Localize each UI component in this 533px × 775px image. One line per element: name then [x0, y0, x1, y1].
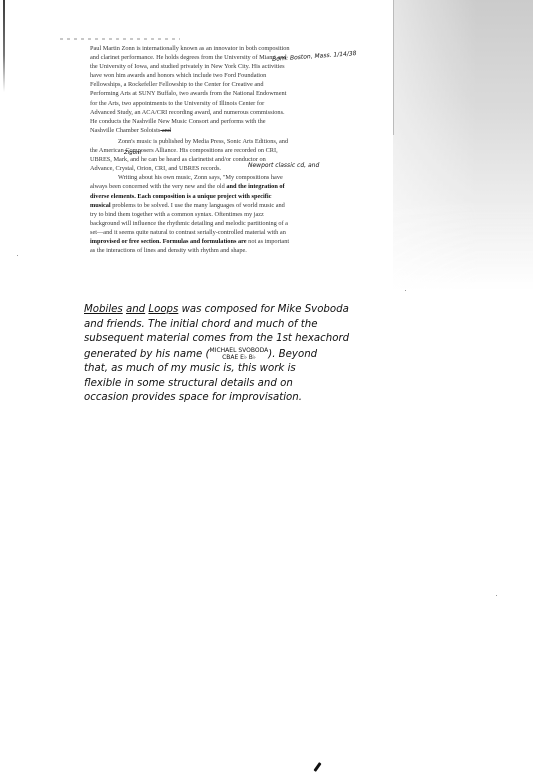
handwritten-program-note: Mobiles and Loops was composed for Mike …: [84, 303, 384, 406]
name-pitches: CBAE E♭ B♭: [222, 354, 256, 361]
program-note-line: subsequent material comes from the 1st h…: [84, 332, 384, 347]
piece-title-word: Mobiles: [84, 304, 123, 315]
scan-shadow: [393, 0, 533, 290]
program-note-text: ). Beyond: [268, 349, 317, 360]
bio-text: Paul Martin Zonn is internationally know…: [90, 45, 290, 134]
piece-title-word: Loops: [148, 304, 178, 315]
program-note-text: generated by his name (: [84, 349, 210, 360]
bio-text-bold: improvised or free section. Formulas and…: [90, 238, 247, 245]
piece-title-word: and: [126, 304, 145, 315]
scan-speck: [17, 255, 18, 256]
faint-header-residue: [60, 38, 180, 40]
scan-edge-line: [3, 0, 5, 92]
program-note-line: flexible in some structural details and …: [84, 377, 384, 392]
name-letters: MICHAEL SVOBODA: [210, 347, 269, 354]
program-note-line: generated by his name (MICHAEL SVOBODACB…: [84, 347, 384, 363]
pen-mark: [313, 762, 321, 772]
program-note-line: and friends. The initial chord and much …: [84, 318, 384, 333]
bio-text: problems to be solved. I use the many la…: [90, 202, 288, 236]
scan-speck: [405, 290, 406, 291]
handwritten-insert-newport: Newport classic cd, and: [248, 162, 319, 169]
program-note-line: occasion provides space for improvisatio…: [84, 391, 384, 406]
page-crease-line: [393, 0, 394, 135]
handwritten-insert-zigoni: Zigoni: [124, 150, 141, 156]
name-hexachord: MICHAEL SVOBODACBAE E♭ B♭: [210, 347, 269, 361]
program-note-text: was composed for Mike Svoboda: [178, 304, 349, 315]
program-note-line: that, as much of my music is, this work …: [84, 362, 384, 377]
program-note-line: Mobiles and Loops was composed for Mike …: [84, 303, 384, 318]
bio-paragraph-3: Writing about his own music, Zonn says, …: [90, 173, 290, 255]
composer-biography: Paul Martin Zonn is internationally know…: [90, 44, 290, 255]
bio-paragraph-1: Paul Martin Zonn is internationally know…: [90, 44, 290, 135]
scan-speck: [496, 595, 497, 596]
